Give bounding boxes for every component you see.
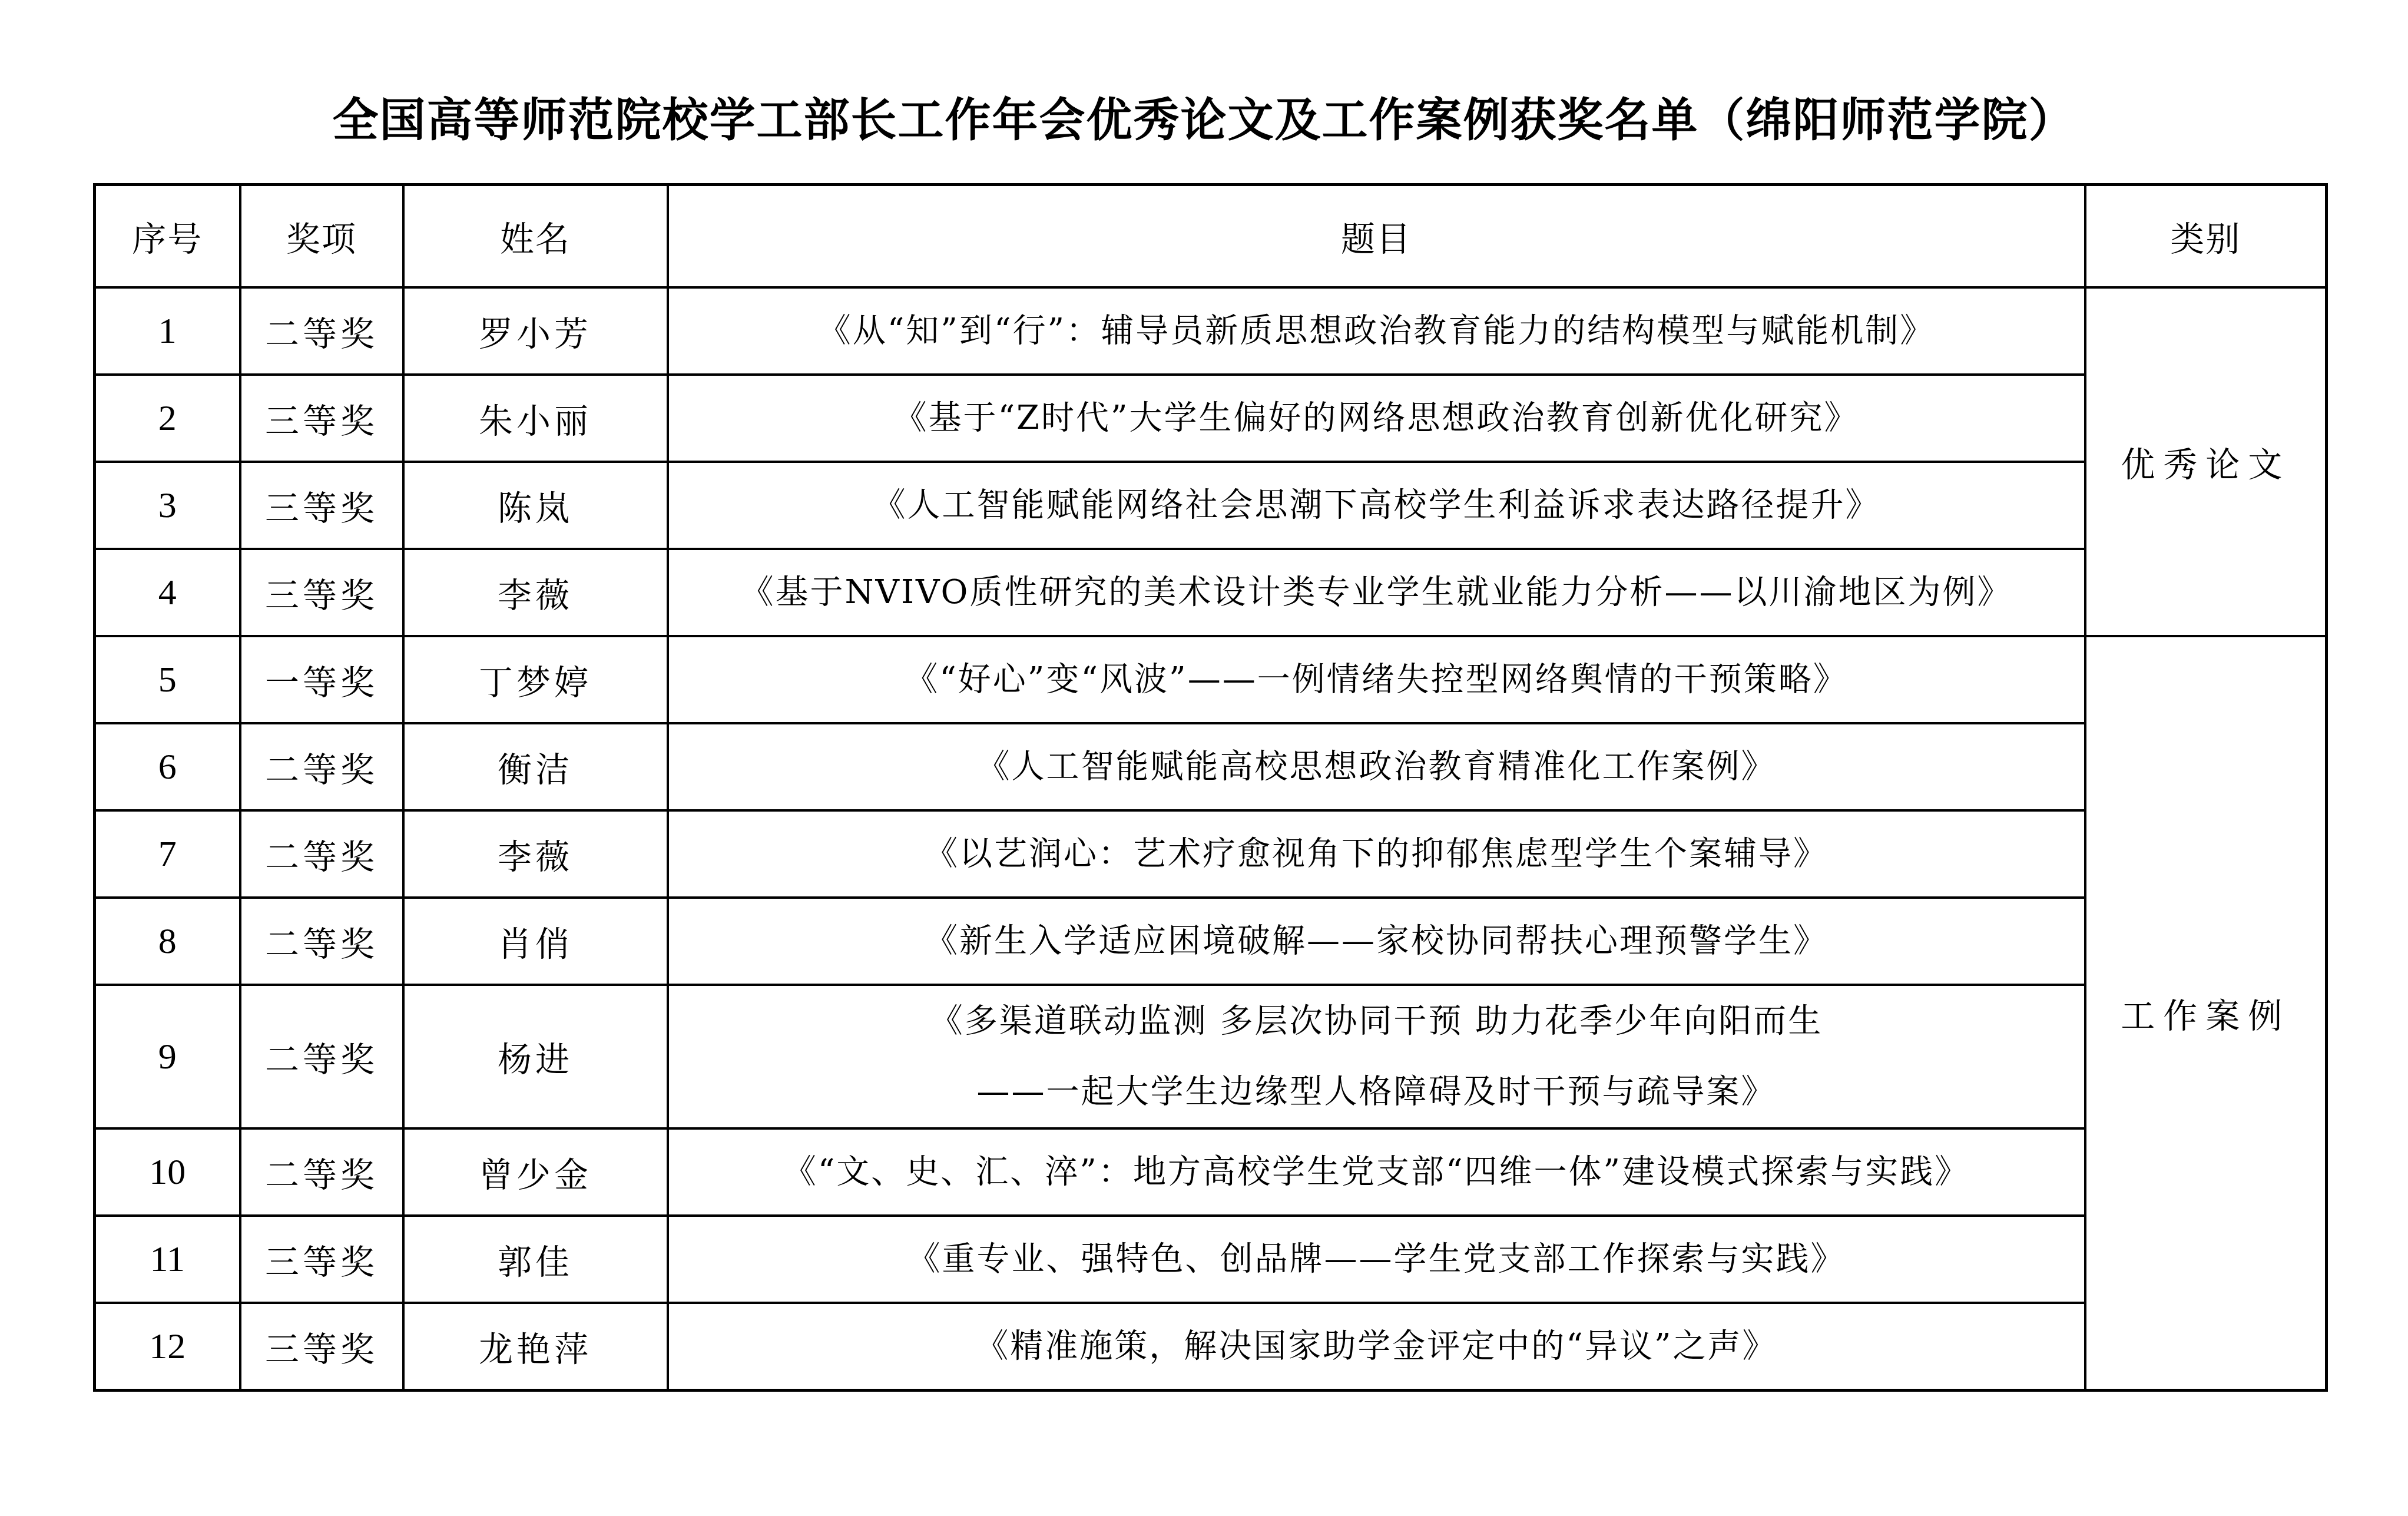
cell-index: 5 xyxy=(95,636,240,723)
cell-index: 6 xyxy=(95,723,240,810)
table-row: 6 二等奖 衡洁 《人工智能赋能高校思想政治教育精准化工作案例》 xyxy=(95,723,2327,810)
header-award: 奖项 xyxy=(240,185,403,288)
cell-name: 肖俏 xyxy=(403,898,668,985)
cell-name: 李薇 xyxy=(403,549,668,636)
table-row: 9 二等奖 杨进 《多渠道联动监测 多层次协同干预 助力花季少年向阳而生 ——一… xyxy=(95,985,2327,1128)
cell-topic: 《人工智能赋能网络社会思潮下高校学生利益诉求表达路径提升》 xyxy=(668,462,2085,549)
cell-index: 3 xyxy=(95,462,240,549)
cell-name: 朱小丽 xyxy=(403,375,668,462)
cell-name: 罗小芳 xyxy=(403,287,668,375)
cell-award: 三等奖 xyxy=(240,375,403,462)
cell-name: 郭佳 xyxy=(403,1216,668,1303)
cell-topic: 《基于“Z时代”大学生偏好的网络思想政治教育创新优化研究》 xyxy=(668,375,2085,462)
header-name: 姓名 xyxy=(403,185,668,288)
cell-index: 9 xyxy=(95,985,240,1128)
table-row: 2 三等奖 朱小丽 《基于“Z时代”大学生偏好的网络思想政治教育创新优化研究》 xyxy=(95,375,2327,462)
table-row: 1 二等奖 罗小芳 《从“知”到“行”：辅导员新质思想政治教育能力的结构模型与赋… xyxy=(95,287,2327,375)
cell-award: 一等奖 xyxy=(240,636,403,723)
cell-award: 二等奖 xyxy=(240,810,403,898)
cell-index: 1 xyxy=(95,287,240,375)
table-row: 5 一等奖 丁梦婷 《“好心”变“风波”——一例情绪失控型网络舆情的干预策略》 … xyxy=(95,636,2327,723)
cell-topic: 《以艺润心：艺术疗愈视角下的抑郁焦虑型学生个案辅导》 xyxy=(668,810,2085,898)
cell-award: 二等奖 xyxy=(240,723,403,810)
cell-award: 三等奖 xyxy=(240,549,403,636)
table-row: 10 二等奖 曾少金 《“文、史、汇、淬”：地方高校学生党支部“四维一体”建设模… xyxy=(95,1128,2327,1216)
cell-topic: 《新生入学适应困境破解——家校协同帮扶心理预警学生》 xyxy=(668,898,2085,985)
cell-name: 龙艳萍 xyxy=(403,1303,668,1391)
cell-name: 丁梦婷 xyxy=(403,636,668,723)
table-row: 3 三等奖 陈岚 《人工智能赋能网络社会思潮下高校学生利益诉求表达路径提升》 xyxy=(95,462,2327,549)
cell-name: 杨进 xyxy=(403,985,668,1128)
header-index: 序号 xyxy=(95,185,240,288)
cell-award: 三等奖 xyxy=(240,462,403,549)
cell-topic: 《“文、史、汇、淬”：地方高校学生党支部“四维一体”建设模式探索与实践》 xyxy=(668,1128,2085,1216)
cell-index: 10 xyxy=(95,1128,240,1216)
cell-name: 陈岚 xyxy=(403,462,668,549)
cell-category-cases: 工作案例 xyxy=(2085,636,2327,1391)
table-row: 12 三等奖 龙艳萍 《精准施策，解决国家助学金评定中的“异议”之声》 xyxy=(95,1303,2327,1391)
cell-name: 曾少金 xyxy=(403,1128,668,1216)
cell-index: 12 xyxy=(95,1303,240,1391)
table-row: 4 三等奖 李薇 《基于NVIVO质性研究的美术设计类专业学生就业能力分析——以… xyxy=(95,549,2327,636)
cell-category-papers: 优秀论文 xyxy=(2085,287,2327,636)
cell-topic: 《从“知”到“行”：辅导员新质思想政治教育能力的结构模型与赋能机制》 xyxy=(668,287,2085,375)
header-category: 类别 xyxy=(2085,185,2327,288)
cell-name: 李薇 xyxy=(403,810,668,898)
page-title: 全国高等师范院校学工部长工作年会优秀论文及工作案例获奖名单（绵阳师范学院） xyxy=(0,88,2408,153)
cell-topic: 《“好心”变“风波”——一例情绪失控型网络舆情的干预策略》 xyxy=(668,636,2085,723)
table-row: 7 二等奖 李薇 《以艺润心：艺术疗愈视角下的抑郁焦虑型学生个案辅导》 xyxy=(95,810,2327,898)
cell-award: 二等奖 xyxy=(240,1128,403,1216)
cell-award: 三等奖 xyxy=(240,1303,403,1391)
header-topic: 题目 xyxy=(668,185,2085,288)
cell-award: 二等奖 xyxy=(240,898,403,985)
table-row: 11 三等奖 郭佳 《重专业、强特色、创品牌——学生党支部工作探索与实践》 xyxy=(95,1216,2327,1303)
cell-award: 三等奖 xyxy=(240,1216,403,1303)
topic-line-2: ——一起大学生边缘型人格障碍及时干预与疏导案》 xyxy=(669,1057,2084,1127)
cell-topic: 《精准施策，解决国家助学金评定中的“异议”之声》 xyxy=(668,1303,2085,1391)
cell-award: 二等奖 xyxy=(240,287,403,375)
awards-table: 序号 奖项 姓名 题目 类别 1 二等奖 罗小芳 《从“知”到“行”：辅导员新质… xyxy=(93,183,2328,1392)
cell-topic: 《基于NVIVO质性研究的美术设计类专业学生就业能力分析——以川渝地区为例》 xyxy=(668,549,2085,636)
cell-index: 11 xyxy=(95,1216,240,1303)
table-row: 8 二等奖 肖俏 《新生入学适应困境破解——家校协同帮扶心理预警学生》 xyxy=(95,898,2327,985)
cell-index: 4 xyxy=(95,549,240,636)
cell-name: 衡洁 xyxy=(403,723,668,810)
cell-topic: 《多渠道联动监测 多层次协同干预 助力花季少年向阳而生 ——一起大学生边缘型人格… xyxy=(668,985,2085,1128)
cell-index: 2 xyxy=(95,375,240,462)
cell-index: 8 xyxy=(95,898,240,985)
topic-line-1: 《多渠道联动监测 多层次协同干预 助力花季少年向阳而生 xyxy=(669,986,2084,1057)
table-header-row: 序号 奖项 姓名 题目 类别 xyxy=(95,185,2327,288)
cell-topic: 《重专业、强特色、创品牌——学生党支部工作探索与实践》 xyxy=(668,1216,2085,1303)
cell-award: 二等奖 xyxy=(240,985,403,1128)
cell-index: 7 xyxy=(95,810,240,898)
cell-topic: 《人工智能赋能高校思想政治教育精准化工作案例》 xyxy=(668,723,2085,810)
